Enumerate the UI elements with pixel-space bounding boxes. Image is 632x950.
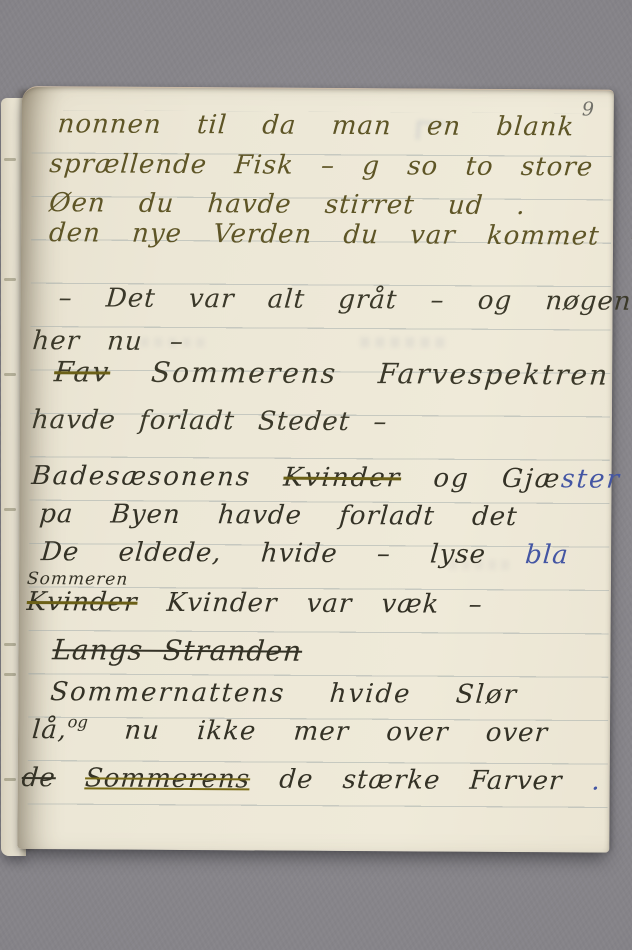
handwritten-line: nonnen til da man en blank <box>57 109 576 142</box>
page-edge-mark <box>4 508 16 511</box>
struck-word: Fav <box>53 355 112 388</box>
handwritten-line: de Sommerens de stærke Farver . <box>21 763 603 797</box>
line-text: de stærke Farver <box>278 765 563 797</box>
handwritten-line: den nye Verden du var kommet – <box>48 218 632 252</box>
ink-bleed-mark <box>360 337 450 348</box>
handwritten-line: pa Byen havde forladt det <box>38 499 518 532</box>
handwritten-line: Badesæsonens Kvinder og Gjæster <box>30 461 622 495</box>
blue-ink-word: bla <box>524 540 570 570</box>
line-text: Badesæsonens <box>30 461 252 492</box>
line-text: lå, <box>31 715 68 745</box>
struck-phrase: Langs Stranden <box>51 633 303 668</box>
line-text: Sommerens Farvespektren <box>150 356 611 392</box>
line-text: Gjæ <box>501 464 563 494</box>
page-edge-mark <box>4 278 16 281</box>
handwritten-line: havde forladt Stedet – <box>31 405 389 437</box>
page-edge-mark <box>4 643 16 646</box>
superscript-insertion: og <box>67 712 88 731</box>
struck-word: de <box>21 763 57 793</box>
page-edge-mark <box>4 673 16 676</box>
struck-word: Kvinder <box>282 463 402 494</box>
manuscript-page: 9 nonnen til da man en blank sprællende … <box>17 86 614 853</box>
struck-underlined-word: Sommerens <box>84 763 251 794</box>
handwritten-line: Langs Stranden <box>51 633 303 668</box>
handwritten-line: her nu – <box>31 326 185 357</box>
handwritten-line: Kvinder Kvinder var væk – <box>26 587 484 620</box>
handwritten-line: De eldede, hvide – lyse bla <box>40 537 570 570</box>
blue-ink-word: ster <box>560 464 622 494</box>
handwritten-line: – Det var alt gråt – og nøgent <box>58 283 632 317</box>
handwritten-line: Fav Sommerens Farvespektren <box>53 355 610 391</box>
page-edge-mark <box>4 373 16 376</box>
photo-backdrop: 9 nonnen til da man en blank sprællende … <box>0 0 632 950</box>
line-text: De eldede, hvide – lyse <box>40 537 487 570</box>
blue-ink-mark: . <box>591 767 603 797</box>
handwritten-line: Øen du havde stirret ud . <box>48 188 527 221</box>
handwritten-line: sprællende Fisk – g so to store <box>48 149 594 182</box>
handwritten-line: Sommernattens hvide Slør <box>49 677 519 710</box>
line-text: og <box>432 464 471 494</box>
page-edge-mark <box>4 158 16 161</box>
struck-word: Kvinder <box>26 587 139 618</box>
handwritten-line: lå,og nu ikke mer over over <box>31 715 549 748</box>
line-text: nu ikke mer over over <box>123 716 549 749</box>
page-edge-mark <box>4 778 16 781</box>
page-number: 9 <box>582 98 594 120</box>
line-text: Kvinder var væk – <box>166 588 484 620</box>
